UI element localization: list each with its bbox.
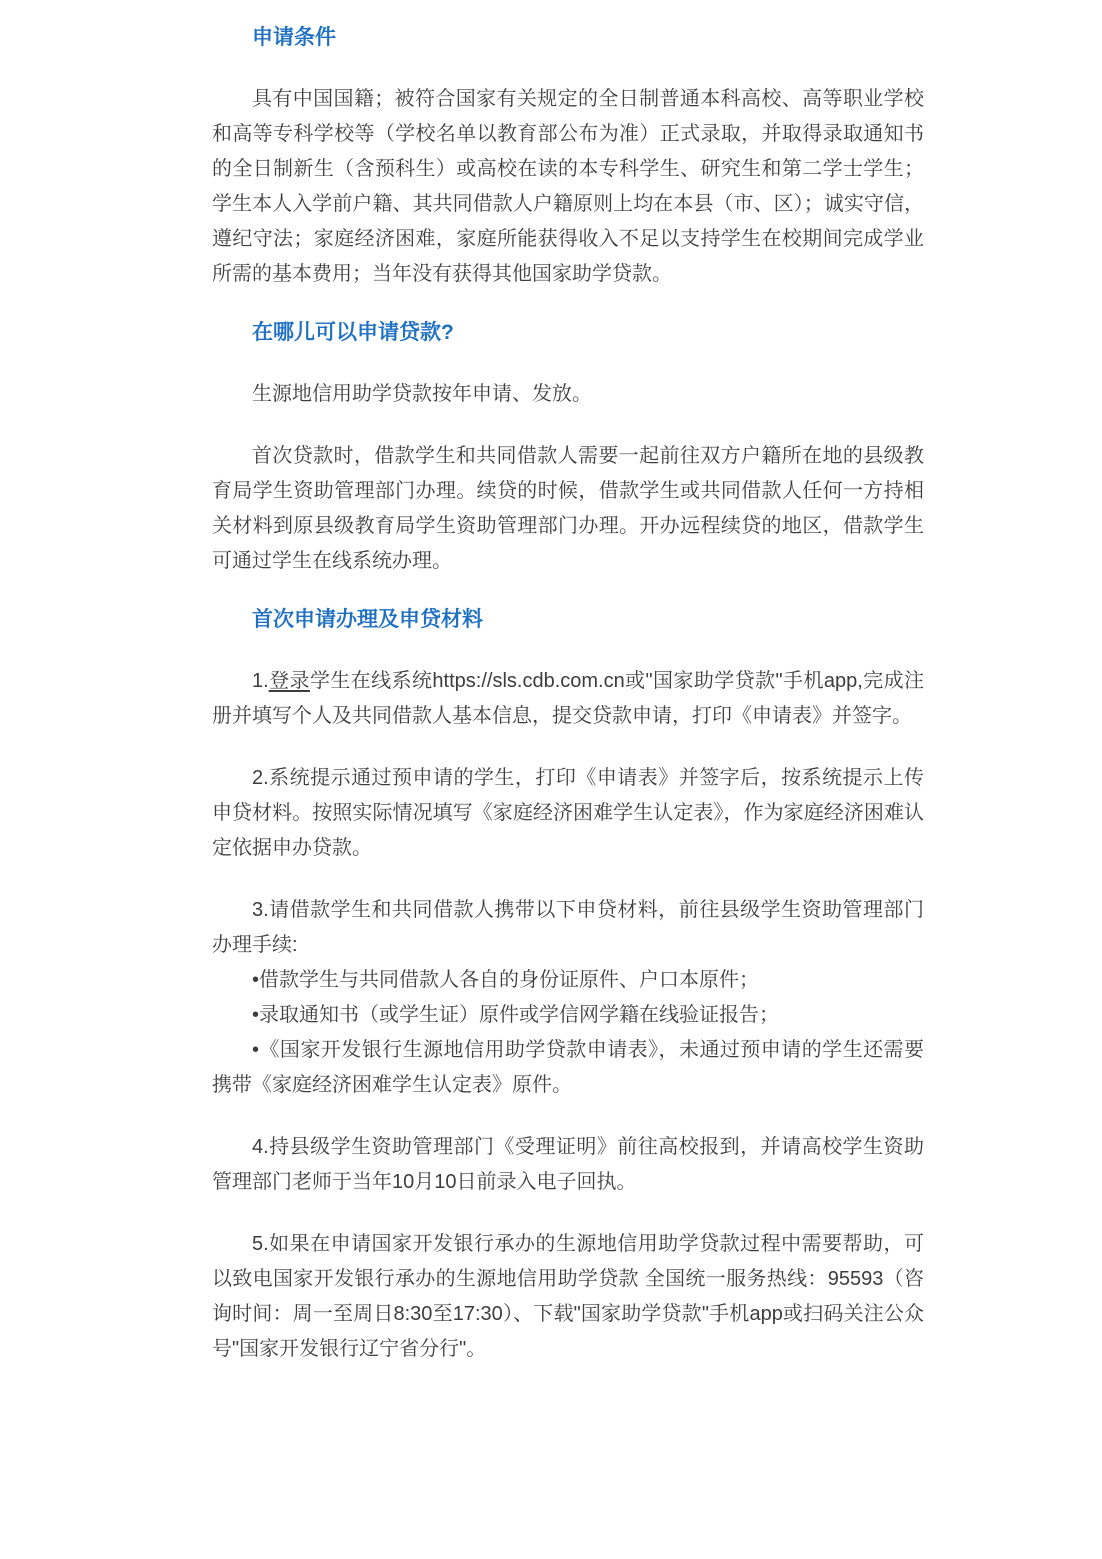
step-3-intro-paragraph: 3.请借款学生和共同借款人携带以下申贷材料，前往县级学生资助管理部门办理手续: — [212, 893, 924, 963]
bullet-marker: • — [252, 969, 259, 991]
step-2-paragraph: 2.系统提示通过预申请的学生，打印《申请表》并签字后，按系统提示上传申贷材料。按… — [212, 761, 924, 866]
bullet-text-admission-notice: 录取通知书（或学生证）原件或学信网学籍在线验证报告； — [259, 1004, 779, 1026]
section-heading-first-application-materials: 首次申请办理及申贷材料 — [252, 606, 924, 634]
step-1-text-before-url: 学生在线系统 — [310, 670, 432, 692]
first-loan-procedure-paragraph: 首次贷款时，借款学生和共同借款人需要一起前往双方户籍所在地的县级教育局学生资助管… — [212, 439, 924, 579]
step-3-bullet-application-form: •《国家开发银行生源地信用助学贷款申请表》，未通过预申请的学生还需要携带《家庭经… — [212, 1033, 924, 1103]
step-3-bullet-id-documents: •借款学生与共同借款人各自的身份证原件、户口本原件； — [212, 963, 924, 998]
bullet-marker: • — [252, 1039, 259, 1061]
section-heading-application-conditions: 申请条件 — [252, 24, 924, 52]
bullet-text-application-form: 《国家开发银行生源地信用助学贷款申请表》，未通过预申请的学生还需要携带《家庭经济… — [212, 1039, 924, 1096]
step-1-paragraph: 1.登录学生在线系统https://sls.cdb.com.cn或"国家助学贷款… — [212, 664, 924, 734]
step-3-bullet-admission-notice: •录取通知书（或学生证）原件或学信网学籍在线验证报告； — [212, 998, 924, 1033]
step-1-number: 1. — [252, 670, 269, 692]
annual-application-paragraph: 生源地信用助学贷款按年申请、发放。 — [212, 377, 924, 412]
application-conditions-paragraph: 具有中国国籍；被符合国家有关规定的全日制普通本科高校、高等职业学校和高等专科学校… — [212, 82, 924, 292]
student-online-system-url-text: https://sls.cdb.com.cn — [432, 670, 624, 692]
student-loan-guide-document: 申请条件 具有中国国籍；被符合国家有关规定的全日制普通本科高校、高等职业学校和高… — [0, 0, 1102, 1559]
bullet-marker: • — [252, 1004, 259, 1026]
step-5-paragraph: 5.如果在申请国家开发银行承办的生源地信用助学贷款过程中需要帮助，可以致电国家开… — [212, 1227, 924, 1367]
bullet-text-id-documents: 借款学生与共同借款人各自的身份证原件、户口本原件； — [259, 969, 759, 991]
step-4-paragraph: 4.持县级学生资助管理部门《受理证明》前往高校报到，并请高校学生资助管理部门老师… — [212, 1130, 924, 1200]
section-heading-where-to-apply: 在哪儿可以申请贷款? — [252, 319, 924, 347]
step-1-login-underlined-text: 登录 — [269, 670, 310, 692]
